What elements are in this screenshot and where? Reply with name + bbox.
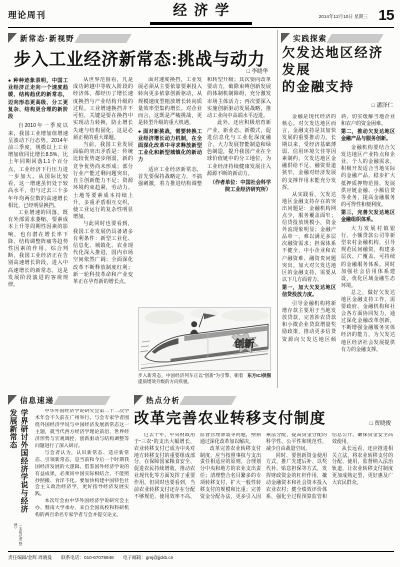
paragraph: 从世界范围看，凡是成功跨越中等收入阶段的经济体，都经历了增长速度换挡与产业结构升…	[73, 77, 133, 142]
paragraph: 此外，还应积极培育新产业、新业态、新模式，促进信息化与工业化深度融合，大力发展智…	[207, 120, 271, 178]
figure-caption-row: 步入新常态，中国经济列车正以“创新”为引擎，朝着提质增效升级的方向疾驰。 东方I…	[138, 373, 271, 385]
tag-label: 热点分析	[145, 394, 183, 407]
paragraph: 大力发展村镇银行、小额贷款公司等新型农村金融机构，引导规范民间融资，构建多层次、…	[341, 226, 395, 290]
section-tag-info: 信息速递	[8, 394, 108, 406]
tag-tail	[326, 34, 383, 43]
info-note: （本报记者 整理）	[14, 523, 24, 549]
paragraph: 总之，做好欠发达地区金融支持工作，需要政府、金融机构和社会各方面协同发力，通过深…	[341, 290, 395, 354]
paragraph: 工业增速的回落，既有外部需求萎缩、要素成本上升等周期性因素的影响，也有潜在增长率…	[8, 210, 68, 289]
motion-line	[140, 351, 148, 352]
masthead: 理论周刊	[8, 9, 46, 21]
paragraph: 与会者认为，认识新常态、适应新常态、引领新常态，是当前和今后一个时期我国经济发展…	[35, 451, 129, 500]
right-article-body: 金融是现代经济的核心。对欠发达地区而言，金融支持是其加快发展的重要推动力。长期以…	[282, 114, 395, 392]
tag-corner-icon	[281, 33, 290, 43]
section-tag-new-normal: 新常态·新视野	[8, 32, 129, 44]
main-column-2: 从世界范围看，凡是成功跨越中等收入阶段的经济体，都经历了增长速度换挡与产业结构升…	[73, 77, 133, 390]
paragraph: ● 种种迹象表明，中国工业经济正走向一个速度趋缓、结构趋优的新常态，迈向形态更高…	[8, 78, 68, 121]
hotspot-headline: 改革完善农业转移支付制度	[134, 410, 326, 427]
right-byline: □ 潘泽仁	[282, 101, 393, 109]
train-cartoon-svg: 创新	[139, 308, 270, 370]
hotspot-headline-row: 改革完善农业转移支付制度 □ 贾晓俊	[134, 407, 393, 428]
dateline: 2014年12月10日 星期三	[319, 14, 368, 20]
cloud-shape	[145, 310, 184, 324]
cloud-shape	[222, 309, 269, 321]
paragraph: 第二，推动欠发达地区金融产品与服务创新。	[341, 129, 395, 143]
vertical-headline-column: 学界研讨外国经济学说与经济发展新常态 （本报记者 整理）	[8, 409, 30, 549]
tag-label: 信息速递	[19, 394, 57, 407]
train-label-text: 创新	[234, 337, 255, 350]
section-title: 经济学	[150, 0, 252, 25]
paragraph: 从实践看，欠发达地区金融支持存在的突出问题是：金融机构网点少，服务覆盖面窄；信贷…	[282, 192, 336, 284]
paragraph: 本次年会由中华外国经济学说研究会主办、暨南大学承办，来自全国高校和科研机构的两百…	[35, 499, 129, 520]
section-tag-practice: 实践探索	[281, 32, 381, 44]
hotspot-article: 改革完善农业转移支付制度 □ 贾晓俊 过去十年，中央财政用于“三农”的支出大幅增…	[134, 407, 393, 547]
main-columns-3-4: 面对速度换挡，工业发展必须从主要依靠要素投入转向更多依靠创新驱动，从规模速度型粗…	[138, 77, 271, 303]
newspaper-page: 理论周刊 经济学 2014年12月10日 星期三 15 新常态·新视野 实践探索…	[0, 0, 400, 567]
paragraph: 面对速度换挡，工业发展必须从主要依靠要素投入转向更多依靠创新驱动，从规模速度型粗…	[138, 77, 202, 128]
paragraph: ● 面对新挑战，需要转换工业经济增长动力机制，在全面深化改革中寻求释放新型工业化…	[138, 129, 202, 165]
main-article-body: ● 种种迹象表明，中国工业经济正走向一个速度趋缓、结构趋优的新常态，迈向形态更高…	[8, 77, 271, 390]
motion-line	[142, 341, 150, 342]
main-column-right-block: 面对速度换挡，工业发展必须从主要依靠要素投入转向更多依靠创新驱动，从规模速度型粗…	[138, 77, 271, 390]
paragraph: 与此同时也要看到，我国工业发展仍具备诸多有利条件：新型工业化、信息化、城镇化、农…	[73, 221, 133, 286]
paragraph: 自2010年一季度以来，我国工业增加值增速呈波动下行态势。2014年前三季度，规…	[8, 123, 68, 210]
motion-line	[141, 346, 149, 347]
hotspot-article-body: 过去十年，中央财政用于“三农”的支出大幅增长，农业转移支付已成为中央对地方转移支…	[134, 433, 393, 547]
footer-rule	[8, 551, 394, 552]
tag-tail	[53, 396, 110, 405]
rider-body	[190, 330, 198, 334]
paragraph: 当前，我国工业发展面临的突出矛盾是：传统比较优势逐步削弱，新的竞争优势尚未形成；…	[73, 142, 133, 221]
tag-label: 新常态·新视野	[19, 32, 78, 45]
page-header: 理论周刊 经济学 2014年12月10日 星期三 15	[8, 4, 394, 25]
main-byline: □ 李晓华	[8, 67, 268, 75]
tag-corner-icon	[8, 33, 17, 43]
paragraph: 金融是现代经济的核心。对欠发达地区而言，金融支持是其加快发展的重要推动力。长期以…	[282, 114, 336, 192]
paragraph: 中华外国经济学说研究会第二十二次学术年会不久前在广州举行。与会专家学者围绕外国经…	[35, 409, 129, 451]
page-number: 15	[378, 7, 394, 24]
info-vertical-headline: 学界研讨外国经济学说与经济发展新常态	[8, 409, 30, 521]
paragraph: 第一，加大欠发达地区信贷投放力度。	[282, 285, 336, 299]
right-headline-line1: 欠发达地区经济发展	[282, 46, 395, 80]
figure-credit: 东方IC/供图	[247, 373, 271, 385]
info-article: 学界研讨外国经济学说与经济发展新常态 （本报记者 整理） 中华外国经济学说研究会…	[8, 409, 129, 549]
right-article: 欠发达地区经济发展 的金融支持 □ 潘泽仁 金融是现代经济的核心。对欠发达地区而…	[282, 46, 395, 392]
section-tag-hotspot: 热点分析	[134, 394, 234, 406]
header-rule	[8, 27, 394, 28]
info-article-body: 中华外国经济学说研究会第二十二次学术年会不久前在广州举行。与会专家学者围绕外国经…	[35, 409, 129, 549]
tag-corner-icon	[134, 395, 143, 405]
hotspot-byline: □ 贾晓俊	[370, 419, 391, 427]
paragraph: （作者单位：中国社会科学院工业经济研究所）	[207, 180, 271, 194]
tag-corner-icon	[8, 395, 17, 405]
right-headline-line2: 的金融支持	[282, 80, 395, 97]
column-divider	[277, 30, 278, 388]
figure-caption: 步入新常态，中国经济列车正以“创新”为引擎，朝着提质增效升级的方向疾驰。	[138, 373, 243, 385]
tag-label: 实践探索	[292, 32, 330, 45]
tag-tail	[74, 34, 131, 43]
train-illustration: 创新	[138, 307, 271, 371]
rider-head	[191, 321, 197, 327]
tag-tail	[179, 396, 236, 405]
footer-text: 责任编辑/金辉 周晓曼 联系电话：010-67078948 电子邮箱：gmj@j…	[8, 555, 394, 561]
main-column-1: ● 种种迹象表明，中国工业经济正走向一个速度趋缓、结构趋优的新常态，迈向形态更高…	[8, 77, 68, 390]
paragraph: 金融机构要结合欠发达地区产业特点和企业、个人的金融需求，积极开发适合当地实际的金…	[341, 145, 395, 209]
paragraph: 第三，完善欠发达地区金融组织体系。	[341, 210, 395, 224]
paragraph: 从长远看，还应推进相关立法，将农业转移支付的分配、使用、监督纳入法治轨道，让农业…	[332, 447, 393, 488]
